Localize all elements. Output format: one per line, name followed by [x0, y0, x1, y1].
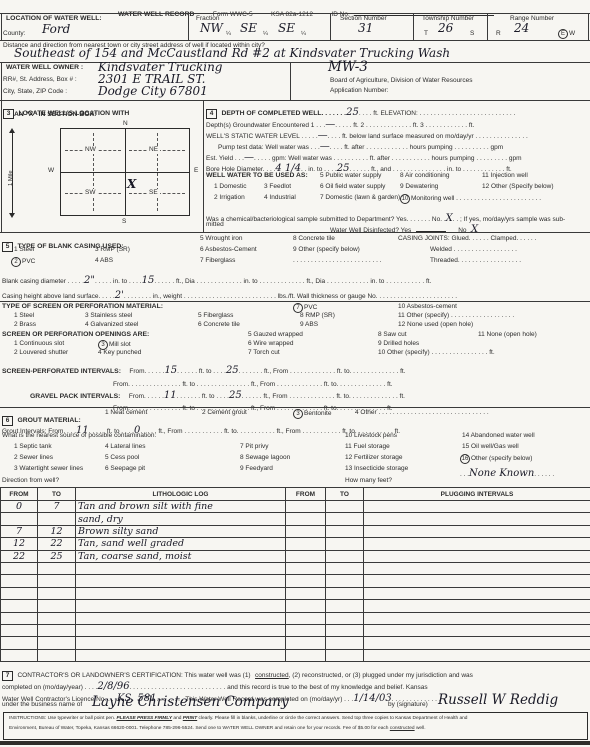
casing-option: 4 ABS [95, 257, 113, 265]
contam-option: 1 Septic tank [14, 443, 52, 451]
contam-option: 9 Feedyard [240, 465, 273, 473]
disinfected-no-x: X [471, 224, 478, 235]
section-number-value: 31 [358, 23, 373, 33]
owner-address-label: RR#, St. Address, Box # : [3, 76, 77, 84]
use-option: 9 Dewatering [400, 183, 438, 191]
col-from-2: FROM [286, 488, 326, 501]
casing-option: 1 Steel [14, 246, 34, 254]
section-5-number: 5 [2, 242, 13, 252]
how-many-feet-label: How many feet? [345, 477, 392, 485]
agency-label: Board of Agriculture, Division of Water … [330, 77, 472, 85]
screen-option: 1 Steel [14, 312, 34, 320]
contam-option: 14 Abandoned water well [462, 432, 535, 440]
openings-option: 2 Louvered shutter [14, 349, 68, 357]
casing-option: 8 Concrete tile [293, 235, 335, 243]
screen-option: 6 Concrete tile [198, 321, 240, 329]
screen-option: 2 Brass [14, 321, 36, 329]
county-value: Ford [42, 24, 70, 34]
table-row [1, 624, 590, 636]
table-row [1, 562, 590, 574]
use-option: 1 Domestic [214, 183, 247, 191]
table-row: 2225Tan, coarse sand, moist [1, 550, 590, 562]
locate-title-2: AN "X" IN SECTION BOX: [14, 111, 96, 118]
table-row: sand, dry [1, 513, 590, 525]
contam-other-value: None Known [469, 468, 534, 479]
disinfected-yes-blank [416, 225, 446, 232]
table-row: 712Brown silty sand [1, 525, 590, 537]
signature-value: Russell W Reddig [438, 695, 558, 705]
compass-w: W [48, 167, 54, 175]
col-from-1: FROM [1, 488, 38, 501]
distance-value: Southeast of 154 and McCaustland Rd #2 a… [14, 48, 450, 58]
contam-option: 15 Oil well/Gas well [462, 443, 519, 451]
casing-joints-welded: Welded . . . . . . . . . . . . . . . . .… [430, 246, 517, 254]
openings-option: 10 Other (specify) . . . . . . . . . . .… [378, 349, 495, 357]
owner-label: WATER WELL OWNER : [6, 64, 83, 71]
contam-option: 12 Fertilizer storage [345, 454, 402, 462]
table-row: 1222Tan, sand well graded [1, 538, 590, 550]
screen-option: 9 ABS [300, 321, 318, 329]
owner-city-value: Dodge City 67801 [98, 86, 208, 96]
location-title: LOCATION OF WATER WELL: [6, 15, 102, 22]
quadrant-se: SE [147, 189, 160, 197]
contam-option: 10 Livestock pens [345, 432, 397, 440]
range-w: W [569, 30, 575, 37]
openings-option: 7 Torch cut [248, 349, 280, 357]
screen-option: 10 Asbestos-cement [398, 303, 457, 311]
screen-title: TYPE OF SCREEN OR PERFORATION MATERIAL: [2, 303, 163, 310]
quadrant-sw: SW [83, 189, 97, 197]
instructions-line-1: INSTRUCTIONS: Use typewriter or ball poi… [9, 716, 467, 721]
instructions-box: INSTRUCTIONS: Use typewriter or ball poi… [3, 712, 588, 740]
grout-option-bentonite-circled: 3Bentonite [293, 409, 331, 419]
quarter-1: ¼ [226, 31, 231, 37]
casing-height-value: 2' [115, 290, 124, 301]
quarter-2: ¼ [263, 31, 268, 37]
casing-joints-label: CASING JOINTS: Glued. . . . . . Clamped.… [398, 235, 536, 243]
contam-option: 3 Watertight sewer lines [14, 465, 83, 473]
business-name-value: Layne Christensen Company [92, 697, 289, 707]
quadrant-nw: NW [83, 146, 98, 154]
col-plugging-intervals: PLUGGING INTERVALS [364, 488, 590, 501]
col-to-2: TO [326, 488, 364, 501]
well-id-value: MW-3 [328, 62, 368, 72]
openings-option: 5 Gauzed wrapped [248, 331, 303, 339]
use-option: 2 Irrigation [214, 194, 245, 202]
owner-city-label: City, State, ZIP Code : [3, 88, 67, 96]
compass-n: N [123, 120, 128, 128]
openings-option: 8 Saw cut [378, 331, 407, 339]
use-option: 5 Public water supply [320, 172, 381, 180]
range-r: R [496, 30, 501, 38]
mile-arrow-up [9, 128, 15, 133]
openings-option: 6 Wire wrapped [248, 340, 294, 348]
contam-other-value-line: . . .None Known. . . . . . [460, 463, 554, 481]
application-number-label: Application Number: [330, 87, 389, 95]
use-option: 11 Injection well [482, 172, 528, 180]
township-value: 26 [438, 23, 453, 33]
grout-option: 2 Cement grout [202, 409, 247, 417]
use-option: 8 Air conditioning [400, 172, 450, 180]
table-row [1, 600, 590, 612]
fraction-2: SE [240, 23, 257, 33]
use-title: WELL WATER TO BE USED AS: [206, 172, 308, 179]
casing-joints-threaded: Threaded. . . . . . . . . . . . . . . . … [430, 257, 521, 265]
section-box-center-hline [61, 172, 189, 173]
grout-option: 4 Other . . . . . . . . . . . . . . . . … [355, 409, 489, 417]
casing-option: 5 Wrought iron [200, 235, 243, 243]
casing-option: 3 RMP (SR) [95, 246, 130, 254]
range-e-circled: EW [558, 29, 575, 39]
mile-label: 1 Mile [8, 170, 14, 186]
screen-option: 3 Stainless steel [85, 312, 132, 320]
quadrant-ne: NE [147, 146, 160, 154]
table-row [1, 637, 590, 649]
use-option: 7 Domestic (lawn & garden) [320, 194, 400, 202]
casing-option-pvc-circled: 2PVC [11, 257, 35, 267]
contamination-question: What is the nearest source of possible c… [2, 432, 156, 440]
screen-option: 5 Fiberglass [198, 312, 233, 320]
table-row [1, 649, 590, 661]
table-row [1, 587, 590, 599]
screen-option: 12 None used (open hole) [398, 321, 473, 329]
township-t: T [424, 30, 428, 38]
contam-option: 11 Fuel storage [345, 443, 390, 451]
county-label: County: [3, 30, 25, 38]
lithologic-log-table: FROM TO LITHOLOGIC LOG FROM TO PLUGGING … [0, 487, 590, 662]
contam-option: 7 Pit privy [240, 443, 269, 451]
openings-option: 1 Continuous slot [14, 340, 64, 348]
section-3-number: 3 [3, 109, 14, 119]
use-option: 12 Other (Specify below) [482, 183, 554, 191]
table-row [1, 575, 590, 587]
contam-option: 13 Insecticide storage [345, 465, 408, 473]
use-option: 4 Industrial [264, 194, 296, 202]
grout-option: 1 Neat cement [105, 409, 147, 417]
use-option-monitoring-circled: 10Monitoring well . . . . . . . . . . . … [400, 194, 541, 204]
contam-option: 5 Cess pool [105, 454, 139, 462]
col-to-1: TO [38, 488, 76, 501]
casing-option: 9 Other (specify below) [293, 246, 360, 254]
business-name-label: under the business name of [2, 701, 82, 709]
instructions-line-2: Environment, Bureau of Water, Topeka, Ka… [9, 726, 426, 731]
section-box: NW NE SW SE X [60, 128, 190, 216]
contam-option: 2 Sewer lines [14, 454, 53, 462]
quarter-3: ¼ [301, 31, 306, 37]
openings-option: 9 Drilled holes [378, 340, 419, 348]
contam-option: 4 Lateral lines [105, 443, 145, 451]
water-well-record-form: WATER WELL RECORD Form WWC-5 KSA 82a-121… [0, 0, 590, 747]
fraction-3: SE [278, 23, 295, 33]
contam-option: 6 Seepage pit [105, 465, 145, 473]
openings-option: 4 Key punched [98, 349, 141, 357]
use-option: 6 Oil field water supply [320, 183, 385, 191]
table-row: 07Tan and brown silt with fine [1, 501, 590, 513]
casing-option: 6 Asbestos-Cement [200, 246, 257, 254]
township-s: S [470, 30, 474, 38]
use-option: 3 Feedlot [264, 183, 291, 191]
screen-option: 8 RMP (SR) [300, 312, 335, 320]
openings-option: 11 None (open hole) [478, 331, 537, 339]
casing-other-dots: . . . . . . . . . . . . . . . . . . . . … [293, 257, 382, 265]
sample-line-wrap: mitted [206, 221, 224, 229]
record-completed-date-value: 1/14/03 [353, 693, 392, 704]
openings-title: SCREEN OR PERFORATION OPENINGS ARE: [2, 331, 149, 338]
signature-label: by (signature) [388, 701, 428, 709]
owner-value: Kindsvater Trucking [98, 62, 223, 72]
contam-option: 8 Sewage lagoon [240, 454, 290, 462]
range-value: 24 [514, 23, 529, 33]
screen-option: 11 Other (specify) . . . . . . . . . . .… [398, 312, 514, 320]
table-row [1, 612, 590, 624]
compass-e: E [194, 167, 198, 175]
gp-blank-line: From. . . . . . . . . . . . . . . ft. to… [113, 397, 393, 415]
owner-address-value: 2301 E TRAIL ST. [98, 74, 205, 84]
screen-option: 4 Galvanized steel [85, 321, 138, 329]
fraction-1: NW [200, 23, 223, 33]
direction-from-well-label: Direction from well? [2, 477, 59, 485]
mile-arrow-down [9, 213, 15, 218]
table-header-row: FROM TO LITHOLOGIC LOG FROM TO PLUGGING … [1, 488, 590, 501]
casing-option: 7 Fiberglass [200, 257, 235, 265]
scan-bottom-edge [0, 741, 590, 745]
col-lithologic-log: LITHOLOGIC LOG [76, 488, 286, 501]
compass-s: S [122, 218, 126, 226]
well-x-mark: X [127, 179, 136, 189]
